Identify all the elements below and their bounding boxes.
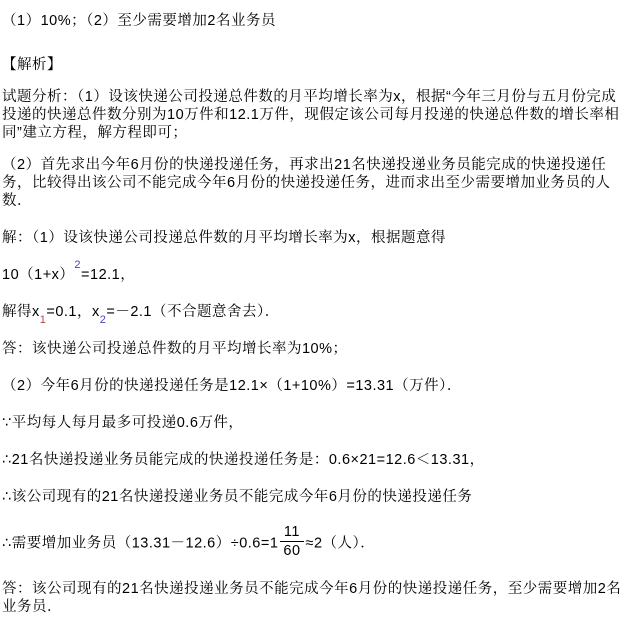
because-line: ∵平均每人每月最多可投递0.6万件， [2, 414, 628, 432]
math-solution-document: （1）10%；（2）至少需要增加2名业务员 【解析】 试题分析：（1）设该快递公… [0, 0, 630, 617]
roots-mid: =0.1，x [46, 304, 99, 320]
add-staff-rest: ≈2（人）． [306, 535, 376, 551]
analysis-header: 【解析】 [2, 56, 628, 74]
fraction-denominator: 60 [280, 542, 303, 560]
roots-lead: 解得x [2, 304, 40, 320]
final-answer-line: 答：该公司现有的21名快递投递业务员不能完成今年6月份的快递投递任务，至少需要增… [2, 580, 628, 616]
fraction-11-60: 1160 [280, 523, 303, 560]
equation-exponent: 2 [74, 259, 81, 271]
solution-setup-line: 解：（1）设该快递公司投递总件数的月平均增长率为x，根据题意得 [2, 229, 628, 247]
part2-calculation-line: （2）今年6月份的快递投递任务是12.1×（1+10%）=13.31（万件）． [2, 377, 628, 395]
roots-rest: =－2.1（不合题意舍去）． [106, 304, 279, 320]
therefore-cannot-line: ∴该公司现有的21名快递投递业务员不能完成今年6月份的快递投递任务 [2, 488, 628, 506]
root-subscript-2: 2 [100, 314, 107, 326]
answer-part1-line: 答：该快递公司投递总件数的月平均增长率为10%； [2, 340, 628, 358]
add-staff-lead: ∴需要增加业务员（13.31－12.6）÷0.6=1 [2, 535, 278, 551]
equation-rest: =12.1， [81, 267, 135, 283]
analysis-paragraph-1: 试题分析：（1）设该快递公司投递总件数的月平均增长率为x，根据“今年三月份与五月… [2, 88, 628, 142]
analysis-paragraph-2: （2）首先求出今年6月份的快递投递任务，再求出21名快递投递业务员能完成的快递投… [2, 156, 628, 210]
answer-summary: （1）10%；（2）至少需要增加2名业务员 [2, 12, 628, 30]
fraction-numerator: 11 [280, 523, 303, 542]
therefore-capacity-line: ∴21名快递投递业务员能完成的快递投递任务是：0.6×21=12.6＜13.31… [2, 451, 628, 469]
root-subscript-1: 1 [40, 314, 47, 326]
equation-base: 10（1+x） [2, 267, 74, 283]
equation-line: 10（1+x）2=12.1， [2, 266, 628, 284]
roots-line: 解得x1=0.1，x2=－2.1（不合题意舍去）． [2, 303, 628, 321]
therefore-add-staff-line: ∴需要增加业务员（13.31－12.6）÷0.6=11160≈2（人）． [2, 525, 628, 562]
